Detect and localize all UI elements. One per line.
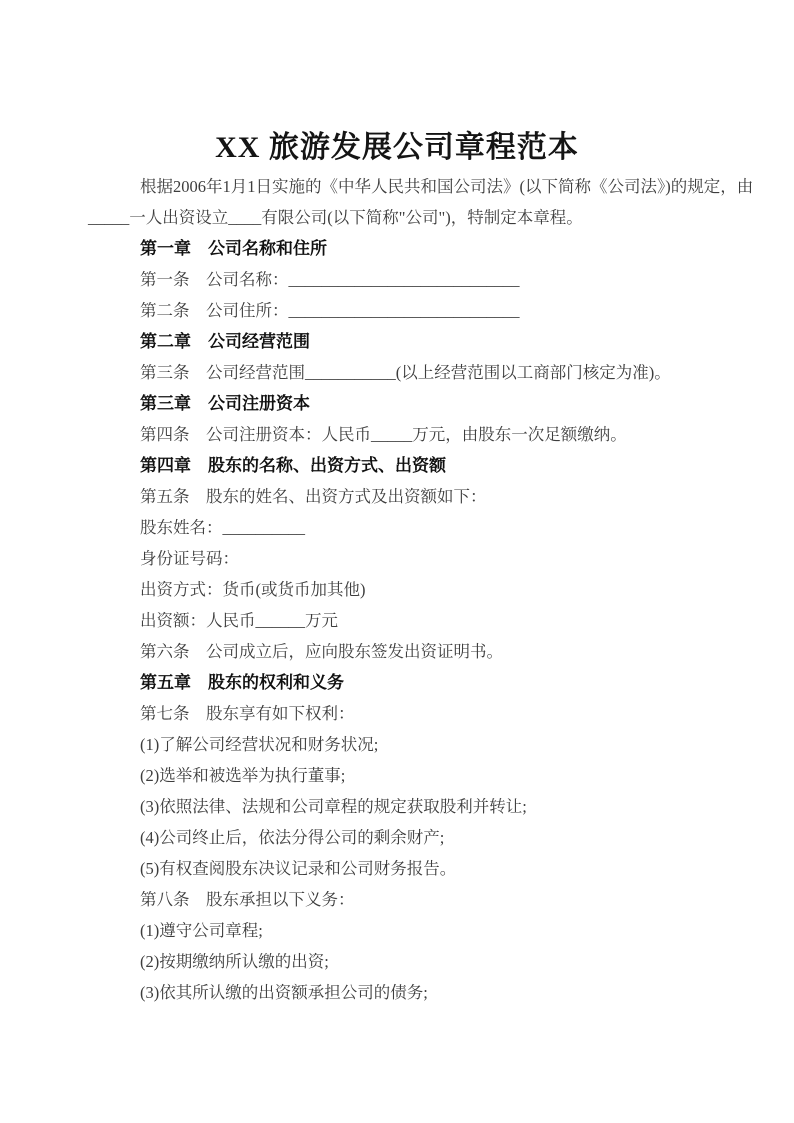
article-line: 第四条 公司注册资本：人民币_____万元，由股东一次足额缴纳。 [88, 419, 706, 450]
article-line: 第八条 股东承担以下义务： [88, 884, 706, 915]
body-line: 出资方式：货币(或货币加其他) [88, 574, 706, 605]
body-line: 出资额：人民币______万元 [88, 605, 706, 636]
list-item: (5)有权查阅股东决议记录和公司财务报告。 [88, 853, 706, 884]
chapter-heading: 第二章 公司经营范围 [88, 326, 706, 357]
chapter-heading: 第三章 公司注册资本 [88, 388, 706, 419]
article-line: 第六条 公司成立后，应向股东签发出资证明书。 [88, 636, 706, 667]
article-line: 第一条 公司名称：____________________________ [88, 264, 706, 295]
list-item: (4)公司终止后，依法分得公司的剩余财产; [88, 822, 706, 853]
body-line: 身份证号码： [88, 543, 706, 574]
article-line: 第三条 公司经营范围___________(以上经营范围以工商部门核定为准)。 [88, 357, 706, 388]
document-title: XX 旅游发展公司章程范本 [88, 128, 706, 168]
chapter-heading: 第一章 公司名称和住所 [88, 233, 706, 264]
list-item: (1)遵守公司章程; [88, 915, 706, 946]
list-item: (3)依照法律、法规和公司章程的规定获取股利并转让; [88, 791, 706, 822]
list-item: (2)选举和被选举为执行董事; [88, 760, 706, 791]
list-item: (2)按期缴纳所认缴的出资; [88, 946, 706, 977]
paragraph-line: _____一人出资设立____有限公司(以下简称"公司")，特制定本章程。 [88, 202, 706, 233]
article-line: 第七条 股东享有如下权利： [88, 698, 706, 729]
document-body: XX 旅游发展公司章程范本 根据2006年1月1日实施的《中华人民共和国公司法》… [88, 128, 706, 1008]
article-line: 第五条 股东的姓名、出资方式及出资额如下： [88, 481, 706, 512]
article-line: 第二条 公司住所：____________________________ [88, 295, 706, 326]
chapter-heading: 第五章 股东的权利和义务 [88, 667, 706, 698]
paragraph-line: 根据2006年1月1日实施的《中华人民共和国公司法》(以下简称《公司法》)的规定… [88, 171, 706, 202]
list-item: (1)了解公司经营状况和财务状况; [88, 729, 706, 760]
chapter-heading: 第四章 股东的名称、出资方式、出资额 [88, 450, 706, 481]
body-line: 股东姓名：__________ [88, 512, 706, 543]
document-page: XX 旅游发展公司章程范本 根据2006年1月1日实施的《中华人民共和国公司法》… [0, 0, 794, 1123]
list-item: (3)依其所认缴的出资额承担公司的债务; [88, 977, 706, 1008]
